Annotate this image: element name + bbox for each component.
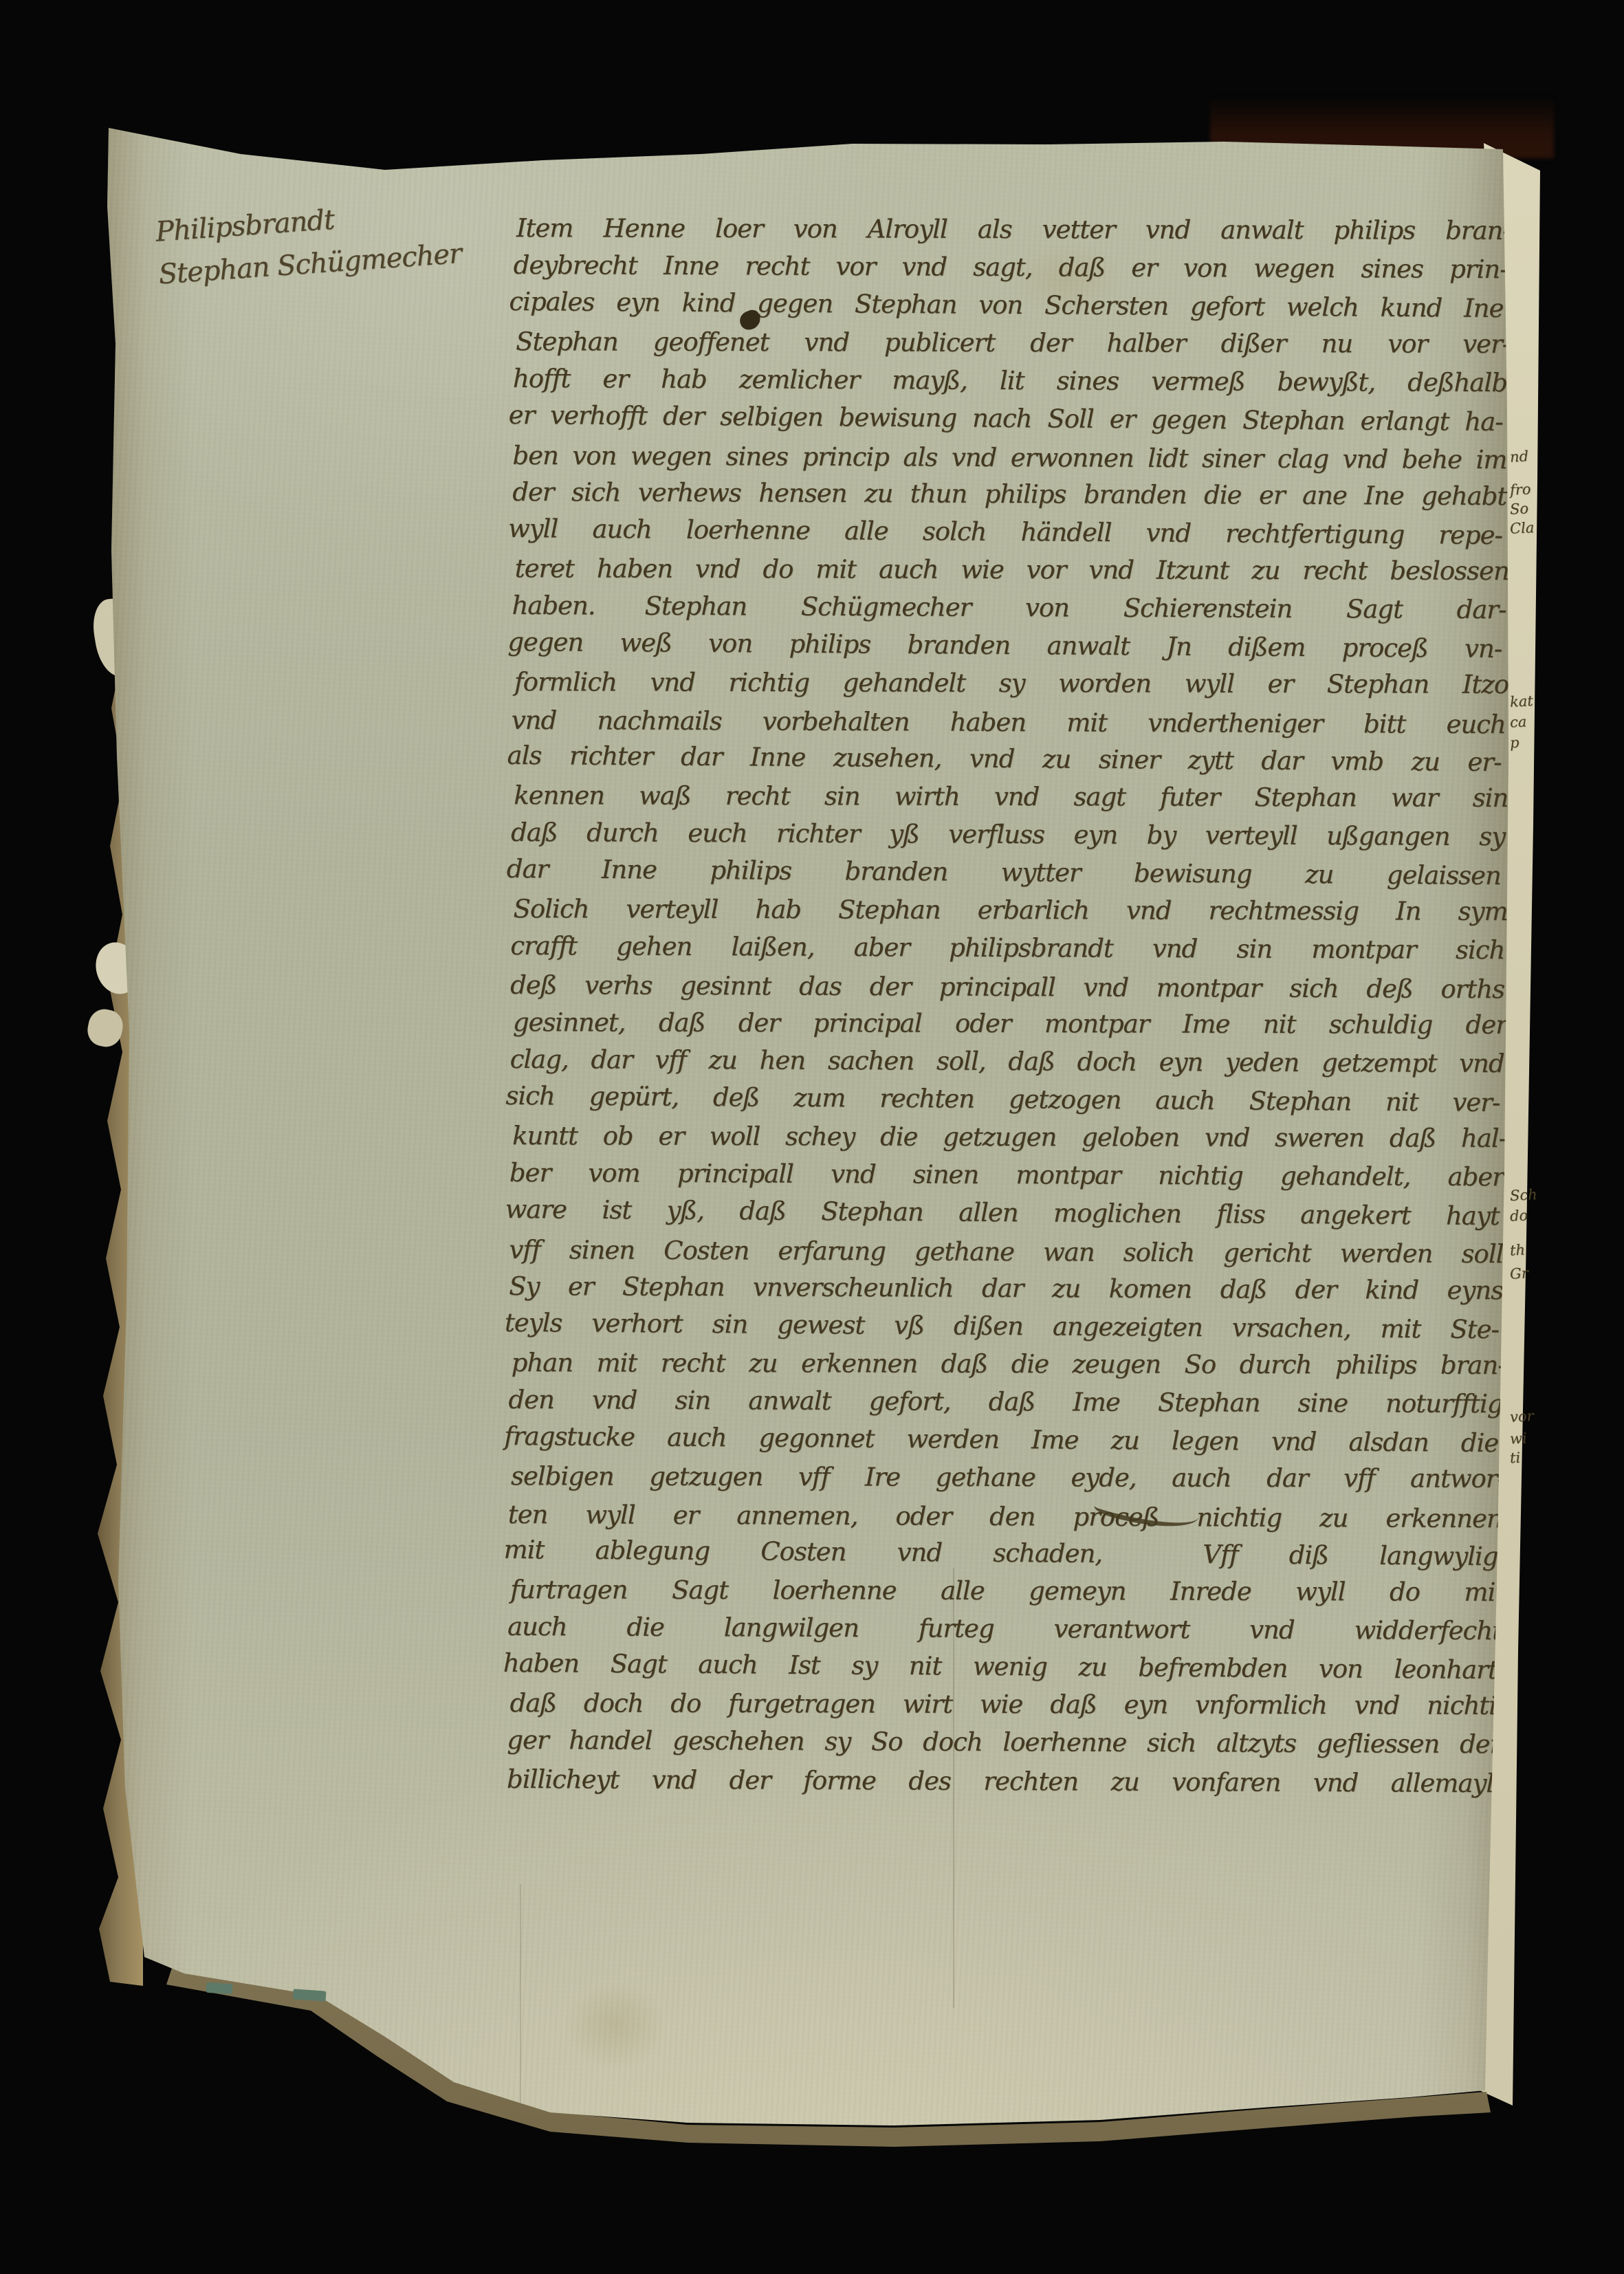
paper-crease: [520, 1884, 521, 2121]
manuscript-text-line: wyll auch loerhenne alle solch händell v…: [508, 510, 1502, 554]
manuscript-text-line: teyls verhort sin gewest vß dißen angeze…: [505, 1304, 1499, 1348]
manuscript-text-line: Solich verteyll hab Stephan erbarlich vn…: [513, 890, 1507, 930]
manuscript-text-line: selbigen getzugen vff Ire gethane eyde, …: [511, 1457, 1505, 1498]
manuscript-text-line: crafft gehen laißen, aber philipsbrandt …: [510, 927, 1504, 969]
manuscript-text-line: deß verhs gesinnt das der principall vnd…: [510, 966, 1504, 1008]
facing-page-ink-fragment: fro: [1509, 481, 1531, 499]
manuscript-text-line: gegen weß von philips branden anwalt Jn …: [507, 623, 1502, 668]
facing-page-ink-fragment: p: [1509, 734, 1519, 752]
manuscript-text-line: billicheyt vnd der forme des rechten zu …: [507, 1760, 1501, 1802]
manuscript-text-line: cipales eyn kind gegen Stephan von Scher…: [509, 283, 1503, 327]
facing-page-ink-fragment: wi: [1509, 1430, 1527, 1447]
facing-page-ink-fragments: ndfroSoClakatcapSchdothGrvorwiti: [1478, 0, 1544, 2274]
manuscript-text-line: phan mit recht zu erkennen daß die zeuge…: [512, 1344, 1506, 1384]
manuscript-text-line: ware ist yß, daß Stephan allen moglichen…: [505, 1190, 1500, 1235]
manuscript-text-line: mit ablegung Costen vnd schaden, Vff diß…: [503, 1531, 1497, 1575]
manuscript-text-line: hofft er hab zemlicher mayß, lit sines v…: [513, 360, 1507, 402]
manuscript-text-line: dar Inne philips branden wytter bewisung…: [507, 850, 1501, 895]
facing-page-ink-fragment: Gr: [1509, 1265, 1528, 1282]
manuscript-text-line: er verhofft der selbigen bewisung nach S…: [509, 396, 1503, 441]
manuscript-text-line: deybrecht Inne recht vor vnd sagt, daß e…: [514, 246, 1508, 288]
manuscript-text-line: gesinnet, daß der principal oder montpar…: [513, 1003, 1507, 1044]
manuscript-text-line: furtragen Sagt loerhenne alle gemeyn Inr…: [510, 1571, 1504, 1611]
facing-page-ink-fragment: nd: [1509, 448, 1528, 465]
facing-page-ink-fragment: th: [1509, 1241, 1525, 1258]
manuscript-text-line: den vnd sin anwalt gefort, daß Ime Steph…: [508, 1381, 1502, 1423]
facing-page-ink-fragment: Cla: [1509, 519, 1535, 537]
manuscript-text-line: haben. Stephan Schügmecher von Schierens…: [512, 587, 1506, 628]
facing-page-ink-fragment: So: [1509, 500, 1528, 517]
manuscript-text-block: Item Henne loer von Alroyll als vetter v…: [507, 208, 1508, 1801]
manuscript-text-line: sich gepürt, deß zum rechten getzogen au…: [505, 1077, 1500, 1122]
facing-page-ink-fragment: vor: [1509, 1408, 1534, 1425]
manuscript-text-line: teret haben vnd do mit auch wie vor vnd …: [515, 549, 1509, 590]
facing-page-ink-fragment: do: [1509, 1207, 1528, 1224]
manuscript-page: Philipsbrandt Stephan Schügmecher Item H…: [0, 0, 1624, 2274]
manuscript-text-line: kennen waß recht sin wirth vnd sagt fute…: [514, 776, 1508, 817]
facing-page-ink-fragment: kat: [1509, 692, 1533, 710]
manuscript-text-line: haben Sagt auch Ist sy nit wenig zu befr…: [503, 1644, 1497, 1689]
manuscript-text-line: clag, dar vff zu hen sachen soll, daß do…: [510, 1040, 1504, 1082]
manuscript-text-line: auch die langwilgen furteg verantwort vn…: [507, 1608, 1502, 1650]
binding-board-sliver: [206, 1982, 233, 1995]
facing-page-ink-fragment: Sch: [1509, 1186, 1537, 1204]
manuscript-text-line: Sy er Stephan vnverscheunlich dar zu kom…: [509, 1267, 1503, 1309]
manuscript-text-line: Item Henne loer von Alroyll als vetter v…: [516, 209, 1511, 250]
manuscript-text-line: vff sinen Costen erfarung gethane wan so…: [509, 1231, 1503, 1273]
manuscript-text-line: ben von wegen sines princip als vnd erwo…: [512, 437, 1506, 479]
paper-stain: [564, 1980, 667, 2070]
manuscript-text-line: daß durch euch richter yß verfluss eyn b…: [511, 813, 1505, 855]
manuscript-text-line: der sich verhews hensen zu thun philips …: [512, 473, 1506, 515]
manuscript-text-line: fragstucke auch gegonnet werden Ime zu l…: [504, 1417, 1498, 1462]
facing-page-ink-fragment: ca: [1509, 713, 1527, 730]
manuscript-text-line: Stephan geoffenet vnd publicert der halb…: [516, 322, 1510, 363]
manuscript-text-line: formlich vnd richtig gehandelt sy worden…: [514, 663, 1508, 703]
manuscript-text-line: daß doch do furgetragen wirt wie daß eyn…: [509, 1684, 1504, 1725]
manuscript-text-line: ger handel geschehen sy So doch loerhenn…: [507, 1721, 1501, 1763]
manuscript-text-line: ber vom principall vnd sinen montpar nic…: [509, 1154, 1504, 1196]
manuscript-text-line: als richter dar Inne zusehen, vnd zu sin…: [507, 736, 1501, 781]
facing-page-ink-fragment: ti: [1509, 1450, 1520, 1467]
manuscript-photo: Philipsbrandt Stephan Schügmecher Item H…: [0, 0, 1624, 2274]
manuscript-text-line: kuntt ob er woll schey die getzugen gelo…: [512, 1117, 1506, 1157]
